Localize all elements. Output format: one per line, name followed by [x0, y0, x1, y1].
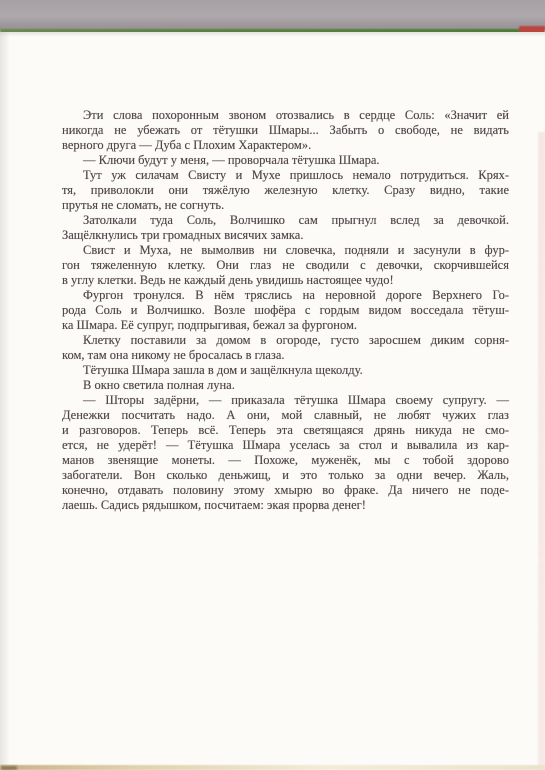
text-line: рода Соль и Волчишко. Возле шофёра с гор…: [62, 303, 509, 318]
text-line: гон тяжеленную клетку. Они глаз не своди…: [62, 258, 509, 273]
text-line: Свист и Муха, не вымолвив ни словечка, п…: [62, 243, 509, 258]
text-line: Защёлкнулись три громадных висячих замка…: [62, 228, 509, 243]
text-line: ком, там она никому не бросалась в глаза…: [62, 348, 509, 363]
text-line: манов звенящие монеты. — Похоже, муженёк…: [62, 453, 509, 468]
text-line: тя, приволокли они тяжёлую железную клет…: [62, 183, 509, 198]
text-line: забогатели. Вон сколько деньжищ, и это т…: [62, 468, 509, 483]
scanned-book-page-photo: Эти слова похоронным звоном отозвались в…: [0, 0, 545, 770]
text-line: никогда не убежать от тётушки Шмары... З…: [62, 123, 509, 138]
text-line: ется, не удерёт! — Тётушка Шмара уселась…: [62, 438, 509, 453]
text-line: — Шторы задёрни, — приказала тётушка Шма…: [62, 393, 509, 408]
text-line: Тут уж силачам Свисту и Мухе пришлось не…: [62, 168, 509, 183]
text-line: — Ключи будут у меня, — проворчала тётуш…: [62, 153, 509, 168]
bottom-left-corner-spot: [1, 766, 17, 770]
text-line: верного друга — Дуба с Плохим Характером…: [62, 138, 509, 153]
text-line: Фургон тронулся. В нём тряслись на неров…: [62, 288, 509, 303]
page-left-shadow: [0, 32, 10, 770]
text-line: лаешь. Садись рядышком, посчитаем: экая …: [62, 498, 509, 513]
text-line: конечно, отдавать половину этому хмырю в…: [62, 483, 509, 498]
page-text-block: Эти слова похоронным звоном отозвались в…: [62, 108, 509, 513]
page-top-shadow: [0, 32, 545, 37]
text-line: Клетку поставили за домом в огороде, гус…: [62, 333, 509, 348]
text-line: Денежки посчитать надо. А они, мой славн…: [62, 408, 509, 423]
page-block-bottom-edge: [0, 765, 545, 770]
book-page: Эти слова похоронным звоном отозвались в…: [0, 32, 545, 770]
scanner-background-band: [0, 0, 545, 30]
text-line: прутья не сломать, не согнуть.: [62, 198, 509, 213]
text-line: и разговоров. Теперь всё. Теперь эта све…: [62, 423, 509, 438]
text-line: Затолкали туда Соль, Волчишко сам прыгну…: [62, 213, 509, 228]
text-line: В окно светила полная луна.: [62, 378, 509, 393]
text-line: Эти слова похоронным звоном отозвались в…: [62, 108, 509, 123]
text-line: Тётушка Шмара зашла в дом и защёлкнула щ…: [62, 363, 509, 378]
book-cover-right-edge: [538, 132, 545, 770]
text-line: ка Шмара. Её супруг, подпрыгивая, бежал …: [62, 318, 509, 333]
text-line: в углу клетки. Ведь не каждый день увиди…: [62, 273, 509, 288]
